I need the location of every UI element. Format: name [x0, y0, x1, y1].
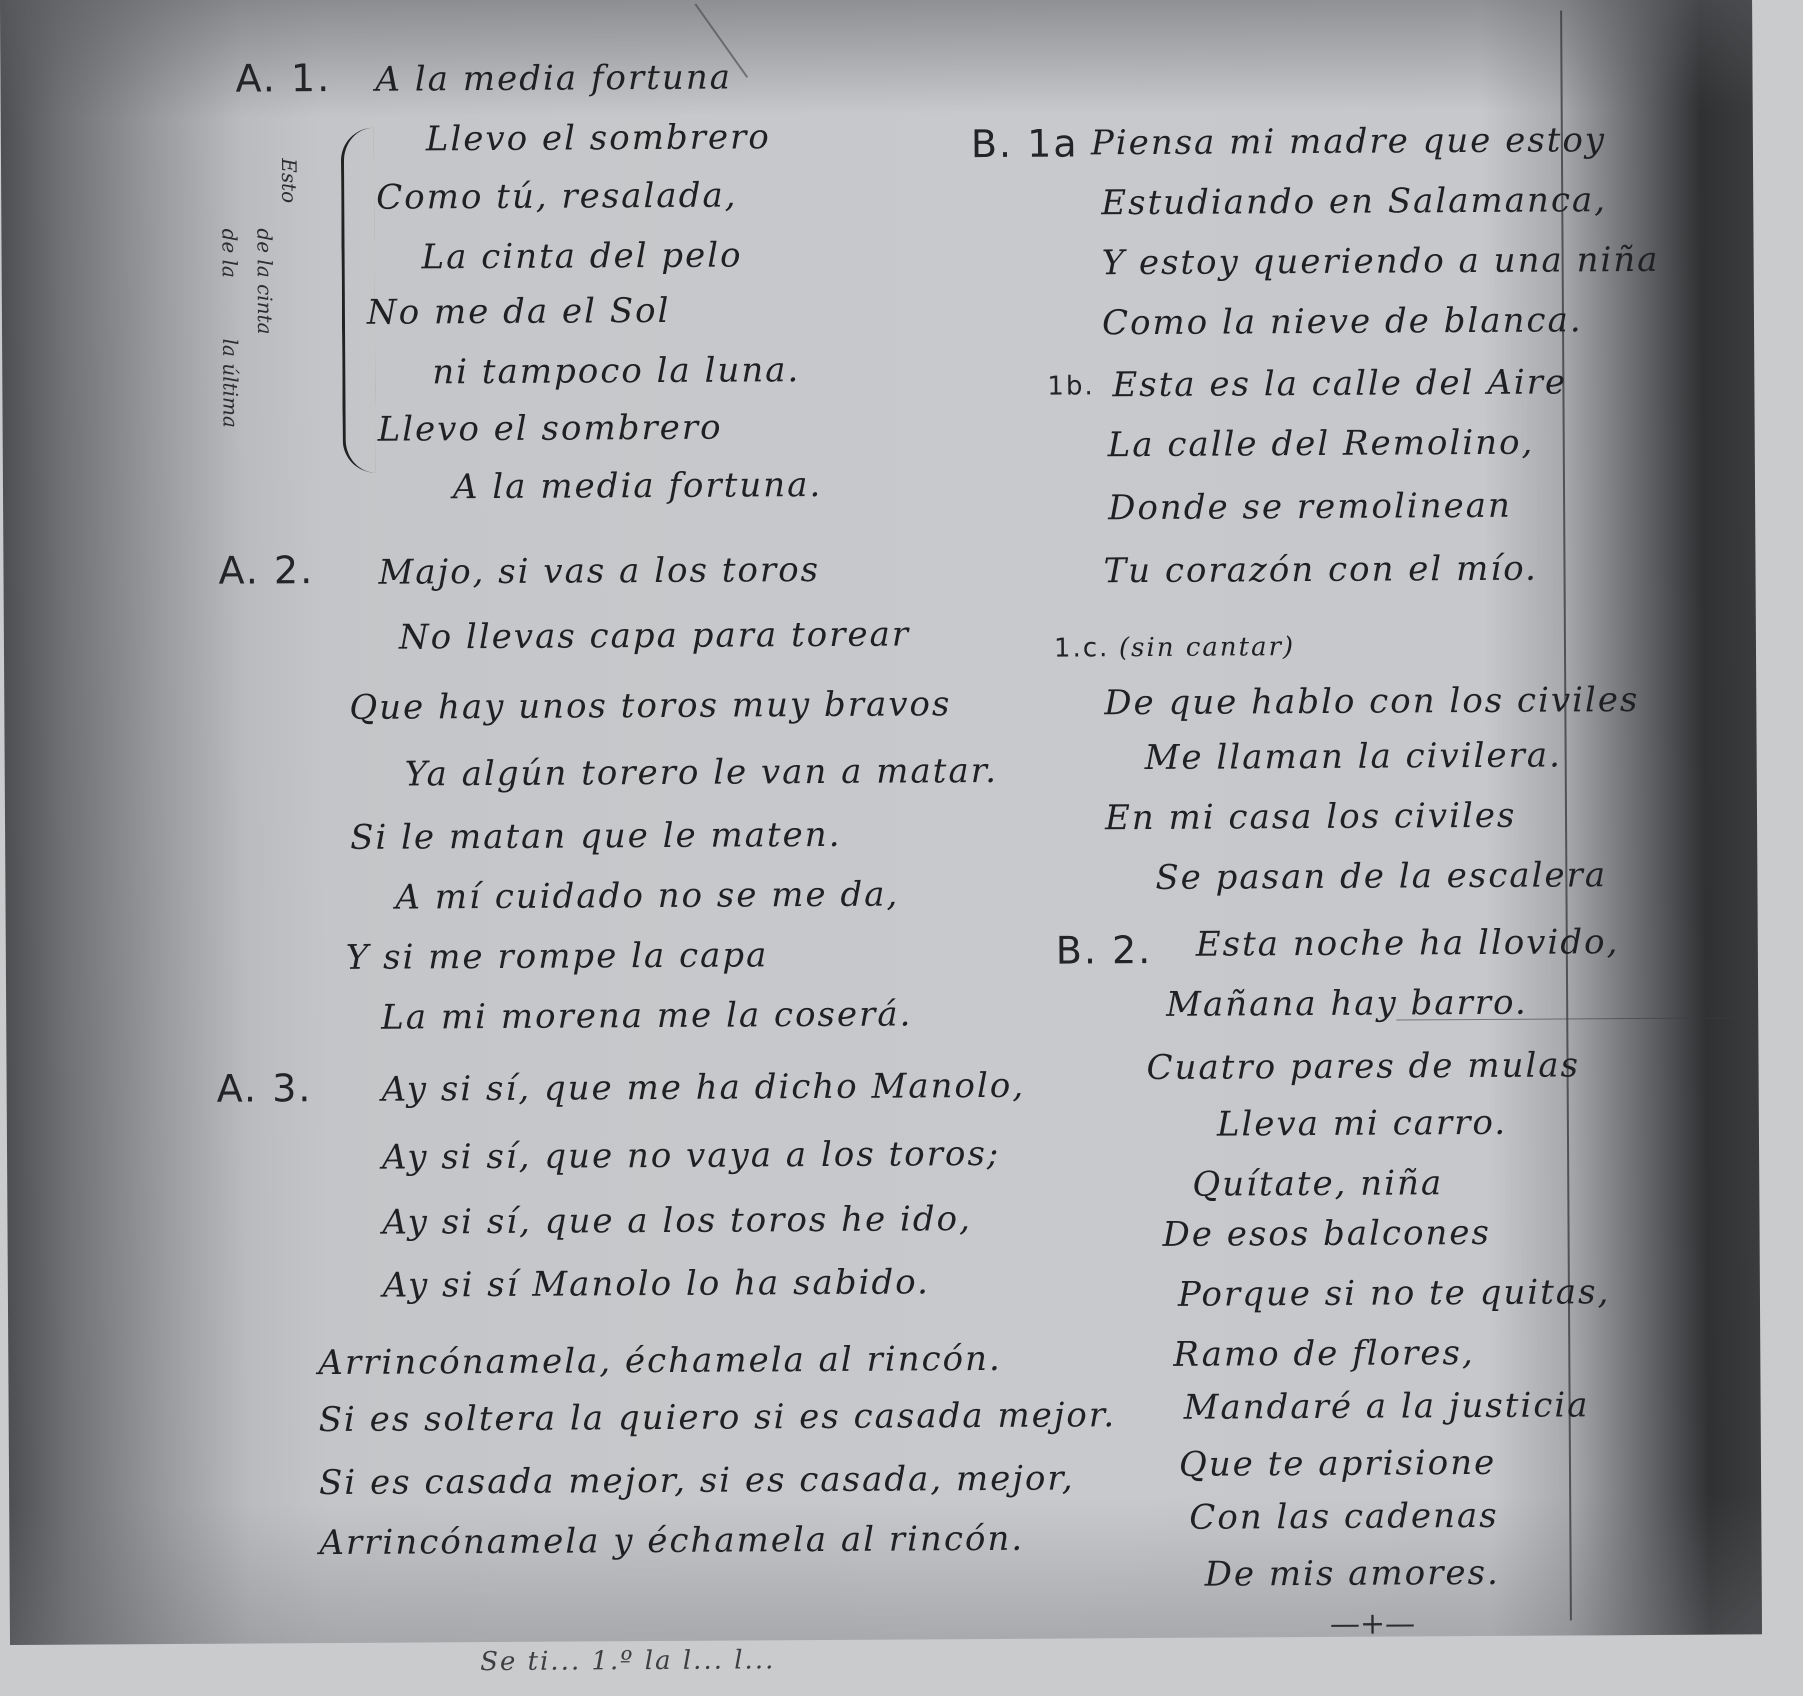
verse-line: Porque si no te quitas, — [1178, 1272, 1611, 1315]
verse-line: ni tampoco la luna. — [432, 350, 800, 392]
verse-line: No llevas capa para torear — [399, 614, 910, 657]
verse-line: De mis amores. — [1205, 1553, 1500, 1595]
verse-line: Piensa mi madre que estoy — [1091, 120, 1606, 163]
verse-line: Lleva mi carro. — [1217, 1103, 1508, 1145]
verse-line: Ramo de flores, — [1173, 1333, 1475, 1375]
verse-line: Y estoy queriendo a una niña — [1102, 240, 1660, 283]
verse-line: Tu corazón con el mío. — [1103, 549, 1538, 592]
verse-line: Cuatro pares de mulas — [1146, 1045, 1580, 1088]
footer-scrawl: Se ti... 1.º la l... l... — [480, 1645, 775, 1677]
verse-line: Majo, si vas a los toros — [378, 550, 820, 593]
verse-line: La mi morena me la coserá. — [381, 994, 912, 1037]
verse-line: Como la nieve de blanca. — [1102, 300, 1583, 343]
section-label-1b: 1b. — [1047, 371, 1094, 401]
section-label-b1a: B. 1a — [971, 121, 1079, 166]
verse-line: Si es soltera la quiero si es casada mej… — [319, 1395, 1117, 1440]
verse-line: Con las cadenas — [1189, 1496, 1499, 1538]
verse-line: A la media fortuna. — [453, 465, 822, 507]
verse-line: Se pasan de la escalera — [1155, 855, 1607, 898]
section-note: (sin cantar) — [1119, 632, 1295, 663]
section-label-1c: 1.c. — [1054, 633, 1110, 663]
verse-line: Quítate, niña — [1192, 1163, 1443, 1205]
verse-line: Como tú, resalada, — [376, 175, 738, 217]
verse-line: Que te aprisione — [1179, 1443, 1497, 1485]
section-label-a2: A. 2. — [218, 548, 314, 593]
section-label-a3: A. 3. — [217, 1066, 313, 1111]
verse-line: Ya algún torero le van a matar. — [405, 751, 999, 795]
verse-line: Mañana hay barro. — [1166, 983, 1528, 1025]
verse-line: Ay si sí, que me ha dicho Manolo, — [382, 1066, 1026, 1110]
verse-line: A la media fortuna — [375, 58, 732, 100]
verse-line: Estudiando en Salamanca, — [1101, 180, 1607, 223]
margin-note: de la — [217, 229, 241, 278]
brace-bracket — [341, 128, 376, 473]
verse-line: Ay si sí Manolo lo ha sabido. — [383, 1262, 930, 1305]
margin-note: Esto — [277, 158, 301, 203]
verse-line: Me llaman la civilera. — [1145, 735, 1563, 778]
verse-line: La cinta del pelo — [421, 235, 742, 277]
verse-line: En mi casa los civiles — [1105, 796, 1517, 839]
margin-note: de la cinta — [252, 228, 277, 334]
verse-line: Mandaré a la justicia — [1183, 1385, 1589, 1427]
verse-line: Si es casada mejor, si es casada, mejor, — [319, 1458, 1075, 1503]
end-mark: —+— — [1330, 1606, 1415, 1642]
verse-line: Que hay unos toros muy bravos — [349, 684, 951, 728]
verse-line: De que hablo con los civiles — [1104, 680, 1639, 723]
verse-line: A mí cuidado no se me da, — [395, 875, 899, 918]
verse-line: Ay si sí, que a los toros he ido, — [382, 1199, 972, 1243]
verse-line: Llevo el sombrero — [426, 117, 771, 159]
section-label-b2: B. 2. — [1056, 928, 1153, 973]
verse-line: Arrincónamela y échamela al rincón. — [319, 1519, 1024, 1563]
verse-line: La calle del Remolino, — [1108, 423, 1535, 466]
verse-line: Y si me rompe la capa — [346, 935, 769, 978]
verse-line: Esta es la calle del Aire — [1112, 362, 1567, 405]
verse-line: Arrincónamela, échamela al rincón. — [318, 1339, 1002, 1383]
verse-line: Si le matan que le maten. — [350, 815, 842, 858]
verse-line: De esos balcones — [1162, 1213, 1491, 1255]
manuscript-page: A. 1. A la media fortuna Llevo el sombre… — [0, 0, 1762, 1645]
margin-note: la última — [218, 339, 243, 428]
verse-line: No me da el Sol — [367, 291, 671, 333]
section-label-a1: A. 1. — [235, 56, 331, 101]
verse-line: Llevo el sombrero — [378, 408, 723, 450]
verse-line: Esta noche ha llovido, — [1196, 922, 1620, 965]
verse-line: Donde se remolinean — [1108, 486, 1512, 528]
verse-line: Ay si sí, que no vaya a los toros; — [382, 1134, 1000, 1178]
photo-background: A. 1. A la media fortuna Llevo el sombre… — [0, 0, 1803, 1696]
